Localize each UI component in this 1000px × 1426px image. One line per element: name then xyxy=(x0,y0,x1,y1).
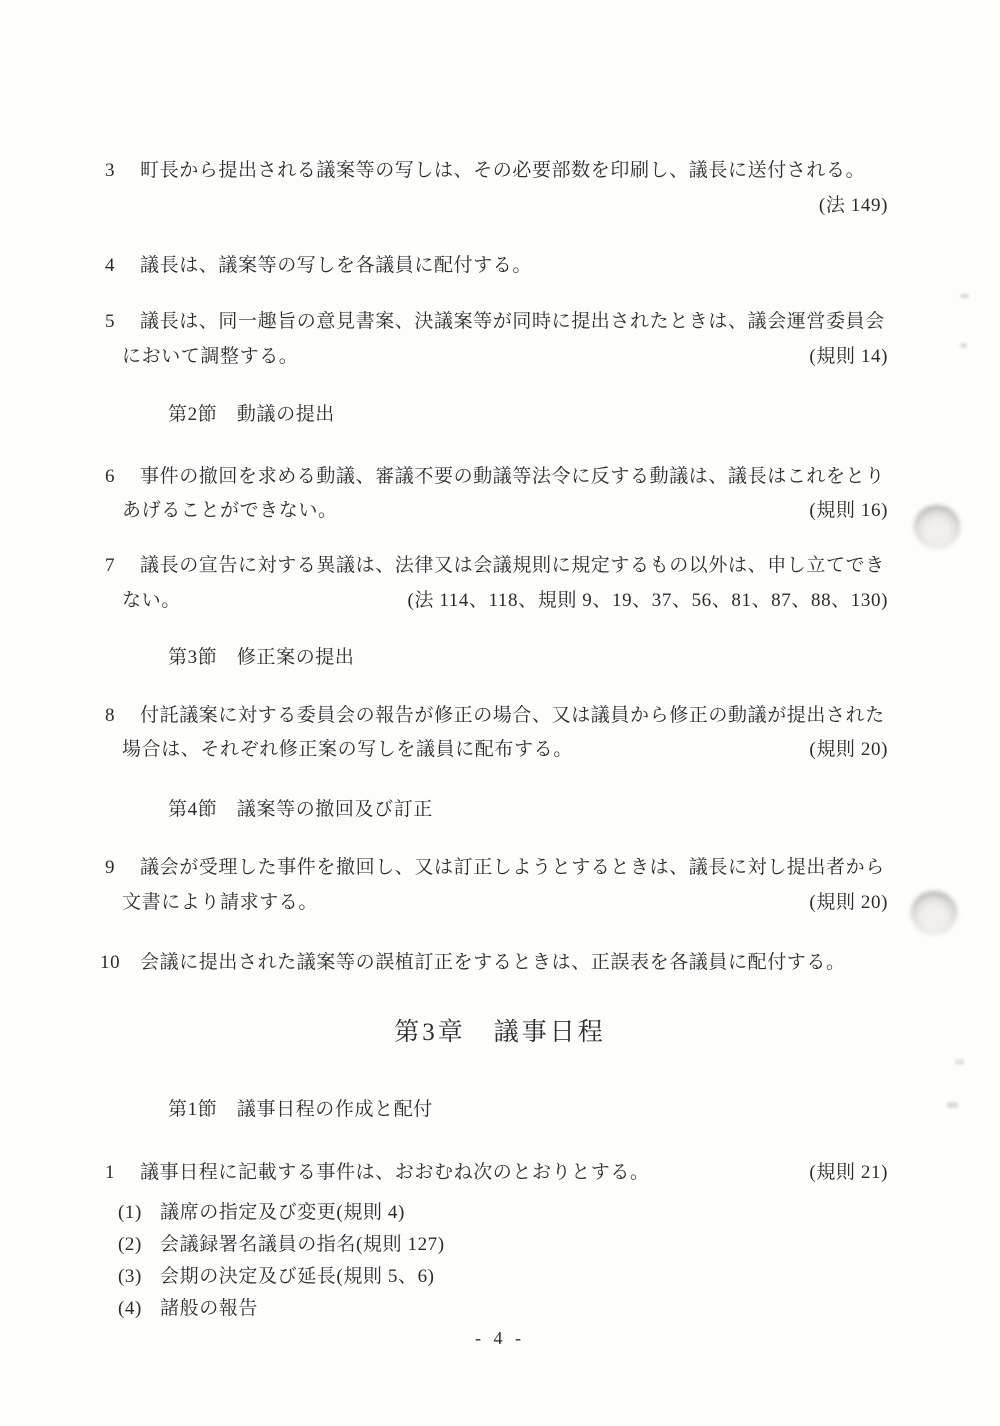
item-4-number: 4 xyxy=(105,253,140,279)
item-3-text: 町長から提出される議案等の写しは、その必要部数を印刷し、議長に送付される。 xyxy=(140,158,865,184)
chapter-heading: 第3章 議事日程 xyxy=(0,1018,1000,1048)
item-8-line2: 場合は、それぞれ修正案の写しを議員に配布する。 (規則 20) xyxy=(122,737,888,763)
item-7-text-line2: ない。 xyxy=(122,588,181,614)
item-5-text-line1: 議長は、同一趣旨の意見書案、決議案等が同時に提出されたときは、議会運営委員会 xyxy=(140,309,885,335)
item-3-number: 3 xyxy=(105,158,140,184)
item-6-text-line1: 事件の撤回を求める動議、審議不要の動議等法令に反する動議は、議長はこれをとり xyxy=(140,464,885,490)
item-7-number: 7 xyxy=(105,553,140,579)
item-9-number: 9 xyxy=(105,855,140,881)
item-6-number: 6 xyxy=(105,464,140,490)
item-7-line2: ない。 (法 114、118、規則 9、19、37、56、81、87、88、13… xyxy=(122,588,888,614)
subitem-1: (1) 議席の指定及び変更(規則 4) xyxy=(118,1200,888,1226)
item-8: 8 付託議案に対する委員会の報告が修正の場合、又は議員から修正の動議が提出された xyxy=(105,703,888,729)
scan-speck xyxy=(955,1059,964,1065)
item-9-line2: 文書により請求する。 (規則 20) xyxy=(122,890,888,916)
item-5-citation: (規則 14) xyxy=(809,344,888,370)
item-7-citation: (法 114、118、規則 9、19、37、56、81、87、88、130) xyxy=(407,588,888,614)
item-8-number: 8 xyxy=(105,703,140,729)
section-heading-1: 第1節 議事日程の作成と配付 xyxy=(168,1097,888,1123)
item-9-citation: (規則 20) xyxy=(809,890,888,916)
subitem-1-number: (1) xyxy=(118,1200,160,1226)
item-3-citation: (法 149) xyxy=(819,193,888,219)
item-1-number: 1 xyxy=(105,1160,140,1186)
item-9-text-line1: 議会が受理した事件を撤回し、又は訂正しようとするときは、議長に対し提出者から xyxy=(140,855,885,881)
subitem-4: (4) 諸般の報告 xyxy=(118,1296,888,1322)
subitem-2-text: 会議録署名議員の指名(規則 127) xyxy=(160,1232,445,1258)
item-4: 4 議長は、議案等の写しを各議員に配付する。 xyxy=(105,253,888,279)
item-1-text: 議事日程に記載する事件は、おおむね次のとおりとする。 xyxy=(140,1160,650,1186)
page-number: - 4 - xyxy=(0,1328,1000,1349)
item-5: 5 議長は、同一趣旨の意見書案、決議案等が同時に提出されたときは、議会運営委員会 xyxy=(105,309,888,335)
item-10-text: 会議に提出された議案等の誤植訂正をするときは、正誤表を各議員に配付する。 xyxy=(140,950,846,976)
subitem-2-number: (2) xyxy=(118,1232,160,1258)
item-5-number: 5 xyxy=(105,309,140,335)
subitem-3-number: (3) xyxy=(118,1264,160,1290)
subitem-4-text: 諸般の報告 xyxy=(160,1296,258,1322)
item-10-number: 10 xyxy=(100,950,140,976)
subitem-3-text: 会期の決定及び延長(規則 5、6) xyxy=(160,1264,435,1290)
binder-hole-shadow-top xyxy=(914,505,960,549)
scan-speck xyxy=(947,1102,958,1108)
scan-speck xyxy=(960,294,969,298)
item-6-citation: (規則 16) xyxy=(809,498,888,524)
subitem-2: (2) 会議録署名議員の指名(規則 127) xyxy=(118,1232,888,1258)
item-8-citation: (規則 20) xyxy=(809,737,888,763)
item-4-text: 議長は、議案等の写しを各議員に配付する。 xyxy=(140,253,532,279)
item-7-text-line1: 議長の宣告に対する異議は、法律又は会議規則に規定するもの以外は、申し立てでき xyxy=(140,553,885,579)
item-6-line2: あげることができない。 (規則 16) xyxy=(122,498,888,524)
item-8-text-line2: 場合は、それぞれ修正案の写しを議員に配布する。 xyxy=(122,737,573,763)
section-heading-3: 第3節 修正案の提出 xyxy=(168,645,888,671)
item-1-left: 1 議事日程に記載する事件は、おおむね次のとおりとする。 xyxy=(105,1160,650,1186)
item-1-citation: (規則 21) xyxy=(809,1160,888,1186)
item-6: 6 事件の撤回を求める動議、審議不要の動議等法令に反する動議は、議長はこれをとり xyxy=(105,464,888,490)
scanned-document-page: 3 町長から提出される議案等の写しは、その必要部数を印刷し、議長に送付される。 … xyxy=(0,0,1000,1426)
item-6-text-line2: あげることができない。 xyxy=(122,498,338,524)
subitem-4-number: (4) xyxy=(118,1296,160,1322)
item-7: 7 議長の宣告に対する異議は、法律又は会議規則に規定するもの以外は、申し立てでき xyxy=(105,553,888,579)
item-9: 9 議会が受理した事件を撤回し、又は訂正しようとするときは、議長に対し提出者から xyxy=(105,855,888,881)
subitem-3: (3) 会期の決定及び延長(規則 5、6) xyxy=(118,1264,888,1290)
item-3: 3 町長から提出される議案等の写しは、その必要部数を印刷し、議長に送付される。 xyxy=(105,158,888,184)
binder-hole-shadow-bottom xyxy=(911,891,957,935)
subitem-1-text: 議席の指定及び変更(規則 4) xyxy=(160,1200,405,1226)
item-9-text-line2: 文書により請求する。 xyxy=(122,890,318,916)
item-10: 10 会議に提出された議案等の誤植訂正をするときは、正誤表を各議員に配付する。 xyxy=(100,950,888,976)
item-1: 1 議事日程に記載する事件は、おおむね次のとおりとする。 (規則 21) xyxy=(105,1160,888,1186)
item-5-text-line2: において調整する。 xyxy=(122,344,298,370)
scan-speck xyxy=(960,343,967,348)
item-8-text-line1: 付託議案に対する委員会の報告が修正の場合、又は議員から修正の動議が提出された xyxy=(140,703,885,729)
section-heading-4: 第4節 議案等の撤回及び訂正 xyxy=(168,797,888,823)
section-heading-2: 第2節 動議の提出 xyxy=(168,402,888,428)
item-5-line2: において調整する。 (規則 14) xyxy=(122,344,888,370)
